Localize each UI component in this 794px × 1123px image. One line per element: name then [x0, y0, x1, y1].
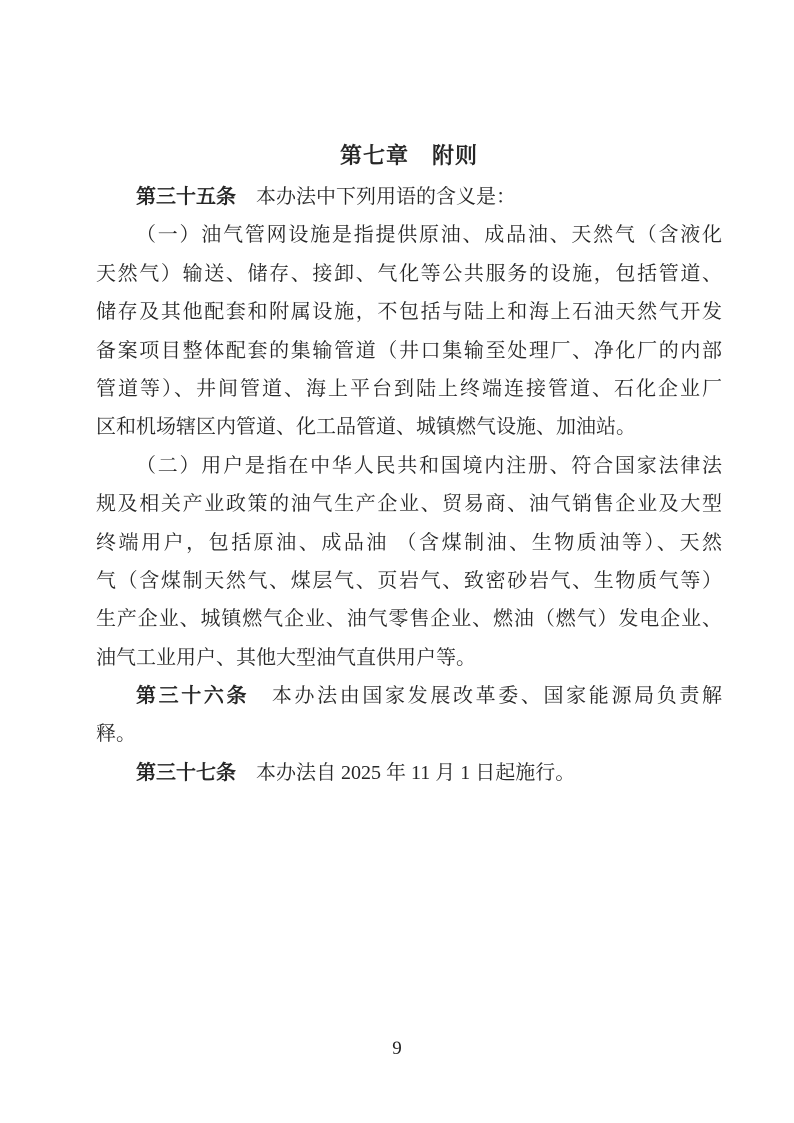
article-36-line: 第三十六条 本办法由国家发展改革委、国家能源局负责解: [96, 677, 722, 715]
article-37-label: 第三十七条: [136, 762, 236, 784]
definition-2-line: 规及相关产业政策的油气生产企业、贸易商、油气销售企业及大型: [96, 485, 722, 523]
document-page: 第七章 附则 第三十五条 本办法中下列用语的含义是： （一）油气管网设施是指提供…: [0, 0, 794, 1123]
definition-2-line: 气（含煤制天然气、煤层气、页岩气、致密砂岩气、生物质气等）: [96, 562, 722, 600]
definition-1-line: 备案项目整体配套的集输管道（井口集输至处理厂、净化厂的内部: [96, 332, 722, 370]
definition-1-line: 区和机场辖区内管道、化工品管道、城镇燃气设施、加油站。: [96, 408, 722, 446]
definition-1-line: 天然气）输送、储存、接卸、气化等公共服务的设施，包括管道、: [96, 255, 722, 293]
article-36-label: 第三十六条: [136, 685, 249, 707]
definition-1-line: （一）油气管网设施是指提供原油、成品油、天然气（含液化: [96, 216, 722, 254]
definition-1-line: 储存及其他配套和附属设施，不包括与陆上和海上石油天然气开发: [96, 293, 722, 331]
definition-1-line: 管道等）、井间管道、海上平台到陆上终端连接管道、石化企业厂: [96, 370, 722, 408]
article-36-text: 本办法由国家发展改革委、国家能源局负责解: [249, 685, 722, 707]
definition-2-line: 生产企业、城镇燃气企业、油气零售企业、燃油（燃气）发电企业、: [96, 600, 722, 638]
article-37-line: 第三十七条 本办法自 2025 年 11 月 1 日起施行。: [96, 754, 722, 792]
article-36-line: 释。: [96, 715, 722, 753]
article-35-line: 第三十五条 本办法中下列用语的含义是：: [96, 178, 722, 216]
document-body: 第七章 附则 第三十五条 本办法中下列用语的含义是： （一）油气管网设施是指提供…: [96, 134, 722, 792]
chapter-heading: 第七章 附则: [96, 134, 722, 178]
article-35-text: 本办法中下列用语的含义是：: [236, 186, 516, 208]
definition-2-line: 终端用户，包括原油、成品油 （含煤制油、生物质油等）、天然: [96, 524, 722, 562]
article-35-label: 第三十五条: [136, 186, 236, 208]
page-number: 9: [0, 1036, 794, 1062]
definition-2-line: 油气工业用户、其他大型油气直供用户等。: [96, 639, 722, 677]
article-37-text: 本办法自 2025 年 11 月 1 日起施行。: [236, 762, 575, 784]
definition-2-line: （二）用户是指在中华人民共和国境内注册、符合国家法律法: [96, 447, 722, 485]
